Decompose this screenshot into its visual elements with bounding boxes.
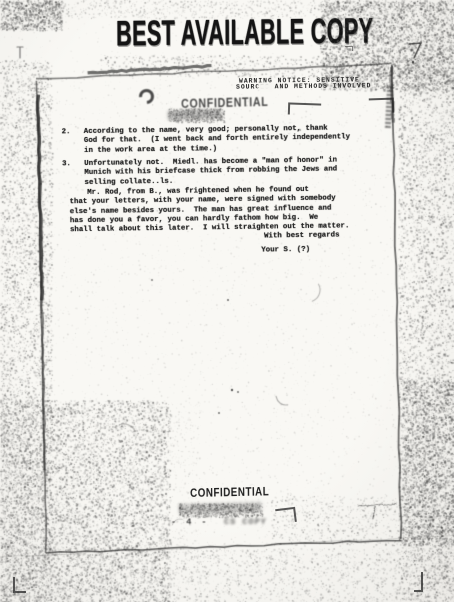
- letter-item-3: 3. Unfortunately not. Miedl. has become …: [62, 156, 337, 188]
- pencil-bracket-bottom-mark: [275, 507, 297, 524]
- classification-stamp-bottom: CONFIDENTIAL: [190, 484, 269, 500]
- document-content: BEST AVAILABLE COPY WARNING NOTICE: SENS…: [0, 0, 454, 602]
- scanned-document-page: BEST AVAILABLE COPY WARNING NOTICE: SENS…: [0, 0, 454, 602]
- page-number: - 4 -: [171, 517, 209, 527]
- letter-item-2: 2. According to the name, very good; per…: [62, 124, 351, 156]
- letter-paragraph-rod: Mr. Rod, from B., was frightened when he…: [69, 185, 349, 235]
- letter-closing: With best regards: [264, 231, 340, 241]
- copy-stamp: CS COPY: [224, 517, 267, 527]
- letter-signature: Your S. (?): [261, 246, 310, 256]
- corner-mark-bottom-left: [13, 577, 26, 593]
- corner-mark-bottom-right: [414, 572, 423, 592]
